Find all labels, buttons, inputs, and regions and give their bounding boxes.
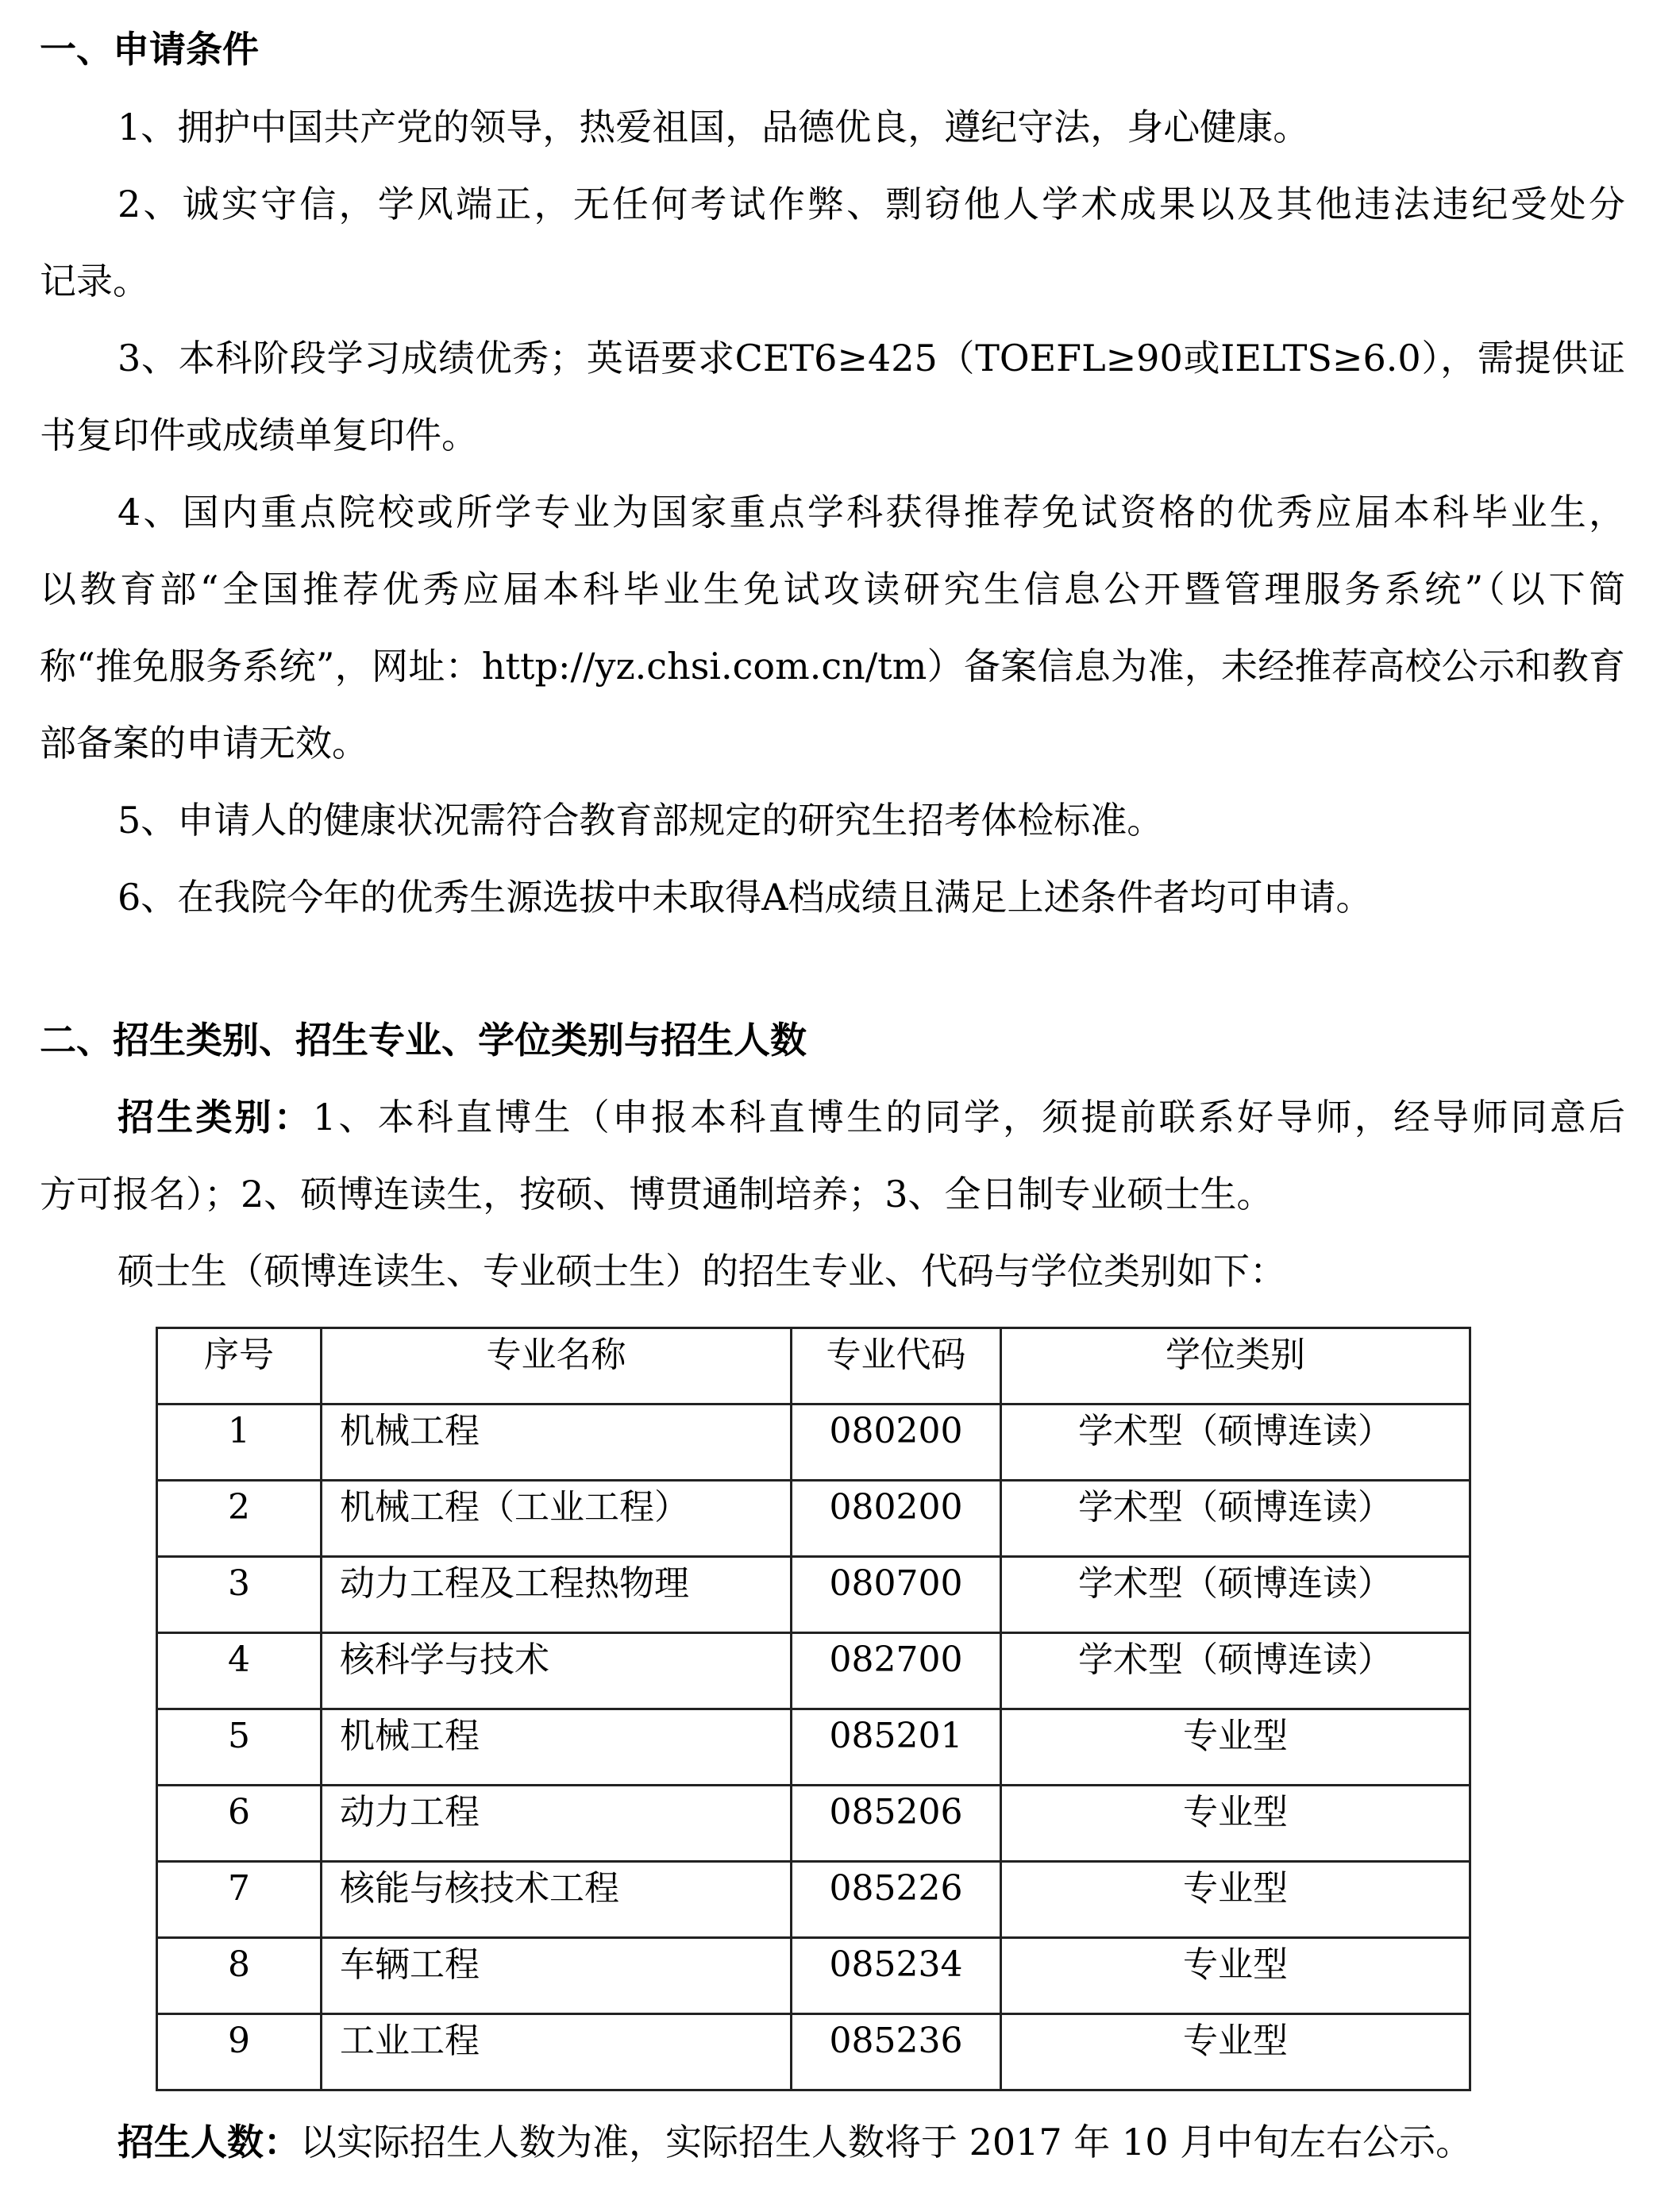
condition-5: 5、申请人的健康状况需符合教育部规定的研究生招考体检标准。: [118, 796, 1625, 844]
table-row: 6 动力工程 085206 专业型: [157, 1786, 1470, 1862]
cell-major-code: 082700: [792, 1633, 1001, 1709]
cell-index: 6: [157, 1786, 322, 1862]
enrollment-category-text: 1、本科直博生（申报本科直博生的同学，须提前联系好导师，经导师同意后: [313, 1096, 1625, 1139]
cell-degree-type: 专业型: [1001, 1938, 1470, 2014]
cell-major-code: 080700: [792, 1557, 1001, 1633]
cell-major-code: 085226: [792, 1862, 1001, 1938]
table-intro: 硕士生（硕博连读生、专业硕士生）的招生专业、代码与学位类别如下：: [118, 1247, 1625, 1295]
condition-4-cont-3: 部备案的申请无效。: [40, 719, 1625, 767]
cell-major-code: 085234: [792, 1938, 1001, 2014]
table-row: 1 机械工程 080200 学术型（硕博连读）: [157, 1404, 1470, 1481]
cell-major-code: 080200: [792, 1404, 1001, 1481]
cell-index: 2: [157, 1481, 322, 1557]
enrollment-count-label: 招生人数：: [118, 2121, 300, 2164]
condition-2-cont: 记录。: [40, 257, 1625, 305]
table-row: 3 动力工程及工程热物理 080700 学术型（硕博连读）: [157, 1557, 1470, 1633]
condition-6: 6、在我院今年的优秀生源选拔中未取得A档成绩且满足上述条件者均可申请。: [118, 873, 1625, 921]
cell-degree-type: 专业型: [1001, 1709, 1470, 1786]
header-major-code: 专业代码: [792, 1328, 1001, 1404]
section-heading-application-conditions: 一、申请条件: [40, 25, 1625, 73]
cell-degree-type: 专业型: [1001, 1862, 1470, 1938]
cell-index: 5: [157, 1709, 322, 1786]
enrollment-count: 招生人数：以实际招生人数为准，实际招生人数将于 2017 年 10 月中旬左右公…: [118, 2118, 1625, 2166]
condition-4: 4、国内重点院校或所学专业为国家重点学科获得推荐免试资格的优秀应届本科毕业生，: [118, 488, 1625, 536]
cell-degree-type: 专业型: [1001, 2014, 1470, 2090]
enrollment-category-line-2: 方可报名）；2、硕博连读生，按硕、博贯通制培养；3、全日制专业硕士生。: [40, 1170, 1625, 1218]
table-row: 7 核能与核技术工程 085226 专业型: [157, 1862, 1470, 1938]
condition-3: 3、本科阶段学习成绩优秀；英语要求CET6≥425（TOEFL≥90或IELTS…: [118, 334, 1625, 382]
cell-index: 9: [157, 2014, 322, 2090]
cell-index: 3: [157, 1557, 322, 1633]
cell-major-code: 080200: [792, 1481, 1001, 1557]
cell-index: 8: [157, 1938, 322, 2014]
header-index: 序号: [157, 1328, 322, 1404]
cell-major-code: 085201: [792, 1709, 1001, 1786]
cell-major-name: 车辆工程: [322, 1938, 792, 2014]
cell-major-name: 动力工程及工程热物理: [322, 1557, 792, 1633]
cell-major-name: 核能与核技术工程: [322, 1862, 792, 1938]
condition-3-cont: 书复印件或成绩单复印件。: [40, 411, 1625, 459]
section-heading-enrollment: 二、招生类别、招生专业、学位类别与招生人数: [40, 1016, 1625, 1064]
table-row: 5 机械工程 085201 专业型: [157, 1709, 1470, 1786]
cell-degree-type: 专业型: [1001, 1786, 1470, 1862]
table-row: 8 车辆工程 085234 专业型: [157, 1938, 1470, 2014]
enrollment-count-text: 以实际招生人数为准，实际招生人数将于 2017 年 10 月中旬左右公示。: [300, 2121, 1472, 2164]
cell-index: 7: [157, 1862, 322, 1938]
condition-4-cont-2: 称“推免服务系统”，网址：http://yz.chsi.com.cn/tm）备案…: [40, 642, 1625, 690]
enrollment-category-line-1: 招生类别：1、本科直博生（申报本科直博生的同学，须提前联系好导师，经导师同意后: [118, 1093, 1625, 1141]
majors-table: 序号 专业名称 专业代码 学位类别 1 机械工程 080200 学术型（硕博连读…: [156, 1327, 1471, 2091]
cell-index: 1: [157, 1404, 322, 1481]
table-row: 2 机械工程（工业工程） 080200 学术型（硕博连读）: [157, 1481, 1470, 1557]
header-major-name: 专业名称: [322, 1328, 792, 1404]
cell-major-code: 085206: [792, 1786, 1001, 1862]
cell-major-name: 机械工程: [322, 1404, 792, 1481]
enrollment-category-label: 招生类别：: [118, 1096, 313, 1139]
cell-major-name: 机械工程（工业工程）: [322, 1481, 792, 1557]
condition-4-cont-1: 以教育部“全国推荐优秀应届本科毕业生免试攻读研究生信息公开暨管理服务系统”（以下…: [40, 565, 1625, 613]
cell-major-name: 机械工程: [322, 1709, 792, 1786]
table-header-row: 序号 专业名称 专业代码 学位类别: [157, 1328, 1470, 1404]
condition-2: 2、诚实守信，学风端正，无任何考试作弊、剽窃他人学术成果以及其他违法违纪受处分: [118, 180, 1625, 228]
cell-degree-type: 学术型（硕博连读）: [1001, 1633, 1470, 1709]
condition-1: 1、拥护中国共产党的领导，热爱祖国，品德优良，遵纪守法，身心健康。: [118, 103, 1625, 151]
table-row: 4 核科学与技术 082700 学术型（硕博连读）: [157, 1633, 1470, 1709]
cell-major-code: 085236: [792, 2014, 1001, 2090]
cell-degree-type: 学术型（硕博连读）: [1001, 1404, 1470, 1481]
cell-major-name: 动力工程: [322, 1786, 792, 1862]
header-degree-type: 学位类别: [1001, 1328, 1470, 1404]
cell-major-name: 工业工程: [322, 2014, 792, 2090]
table-row: 9 工业工程 085236 专业型: [157, 2014, 1470, 2090]
cell-degree-type: 学术型（硕博连读）: [1001, 1481, 1470, 1557]
cell-major-name: 核科学与技术: [322, 1633, 792, 1709]
cell-index: 4: [157, 1633, 322, 1709]
cell-degree-type: 学术型（硕博连读）: [1001, 1557, 1470, 1633]
